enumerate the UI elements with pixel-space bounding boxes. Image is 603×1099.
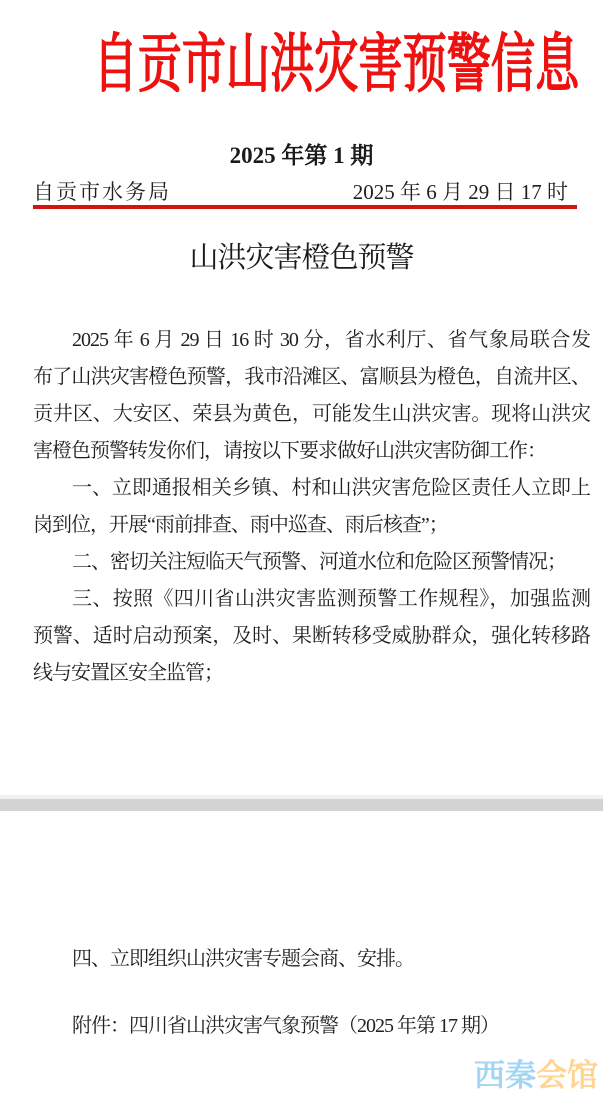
publish-date: 2025 年 6 月 29 日 17 时 — [353, 179, 568, 205]
page-title: 自贡市山洪灾害预警信息 — [93, 26, 509, 102]
doc-body-page1: 2025 年 6 月 29 日 16 时 30 分，省水利厅、省气象局联合发 布… — [33, 322, 590, 692]
issue-number: 2025 年第 1 期 — [0, 141, 603, 171]
body-line: 线与安置区安全监管； — [33, 655, 590, 692]
body-line: 布了山洪灾害橙色预警，我市沿滩区、富顺县为橙色，自流井区、 — [33, 359, 590, 396]
body-line: 四、立即组织山洪灾害专题会商、安排。 — [33, 941, 590, 978]
document-page: 自贡市山洪灾害预警信息 2025 年第 1 期 自贡市水务局 2025 年 6 … — [0, 0, 603, 1099]
watermark-part-blue: 西秦 — [474, 1058, 536, 1093]
watermark-part-orange: 会馆 — [536, 1058, 598, 1093]
body-line: 一、立即通报相关乡镇、村和山洪灾害危险区责任人立即上 — [33, 470, 590, 507]
body-line: 岗到位，开展“雨前排查、雨中巡查、雨后核查”； — [33, 507, 590, 544]
body-line: 预警、适时启动预案，及时、果断转移受威胁群众，强化转移路 — [33, 618, 590, 655]
body-line: 二、密切关注短临天气预警、河道水位和危险区预警情况； — [33, 544, 590, 581]
attachment-line: 附件：四川省山洪灾害气象预警（2025 年第 17 期） — [33, 1008, 590, 1045]
header-row: 自贡市水务局 2025 年 6 月 29 日 17 时 — [33, 179, 568, 205]
doc-heading: 山洪灾害橙色预警 — [0, 240, 603, 276]
body-line: 2025 年 6 月 29 日 16 时 30 分，省水利厅、省气象局联合发 — [33, 322, 590, 359]
body-line: 三、按照《四川省山洪灾害监测预警工作规程》，加强监测 — [33, 581, 590, 618]
watermark: 西秦会馆 — [474, 1059, 598, 1093]
red-divider — [33, 205, 577, 209]
body-line: 贡井区、大安区、荣县为黄色，可能发生山洪灾害。现将山洪灾 — [33, 396, 590, 433]
org-name: 自贡市水务局 — [33, 179, 171, 205]
body-line: 害橙色预警转发你们，请按以下要求做好山洪灾害防御工作： — [33, 433, 590, 470]
page-gap — [0, 799, 603, 811]
